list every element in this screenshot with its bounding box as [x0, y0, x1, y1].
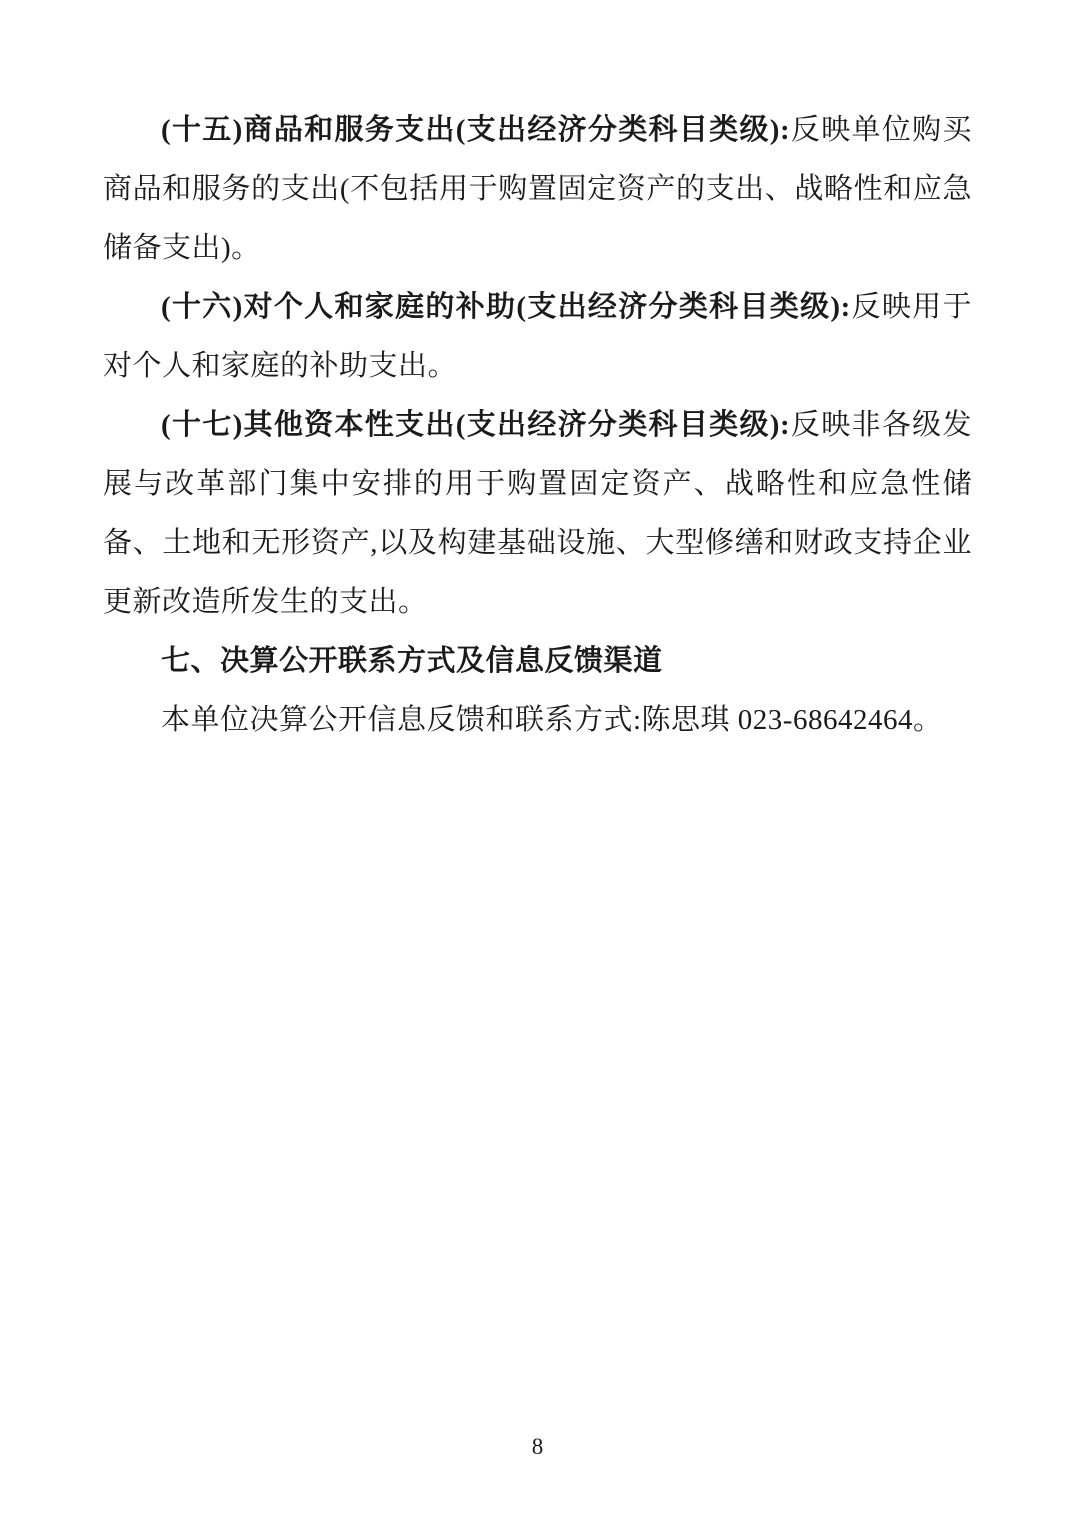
- section-heading: 七、决算公开联系方式及信息反馈渠道: [103, 632, 972, 691]
- definition-lead-15: (十五)商品和服务支出(支出经济分类科目类级):: [161, 114, 790, 146]
- definition-lead-17: (十七)其他资本性支出(支出经济分类科目类级):: [161, 409, 790, 441]
- page-number: 8: [0, 1432, 1075, 1462]
- document-content: (十五)商品和服务支出(支出经济分类科目类级):反映单位购买商品和服务的支出(不…: [103, 101, 972, 750]
- contact-paragraph: 本单位决算公开信息反馈和联系方式:陈思琪 023-68642464。: [103, 691, 972, 750]
- definition-paragraph-16: (十六)对个人和家庭的补助(支出经济分类科目类级):反映用于对个人和家庭的补助支…: [103, 278, 972, 396]
- document-page: (十五)商品和服务支出(支出经济分类科目类级):反映单位购买商品和服务的支出(不…: [0, 0, 1075, 1520]
- definition-paragraph-15: (十五)商品和服务支出(支出经济分类科目类级):反映单位购买商品和服务的支出(不…: [103, 101, 972, 278]
- definition-lead-16: (十六)对个人和家庭的补助(支出经济分类科目类级):: [161, 291, 851, 323]
- definition-paragraph-17: (十七)其他资本性支出(支出经济分类科目类级):反映非各级发展与改革部门集中安排…: [103, 396, 972, 632]
